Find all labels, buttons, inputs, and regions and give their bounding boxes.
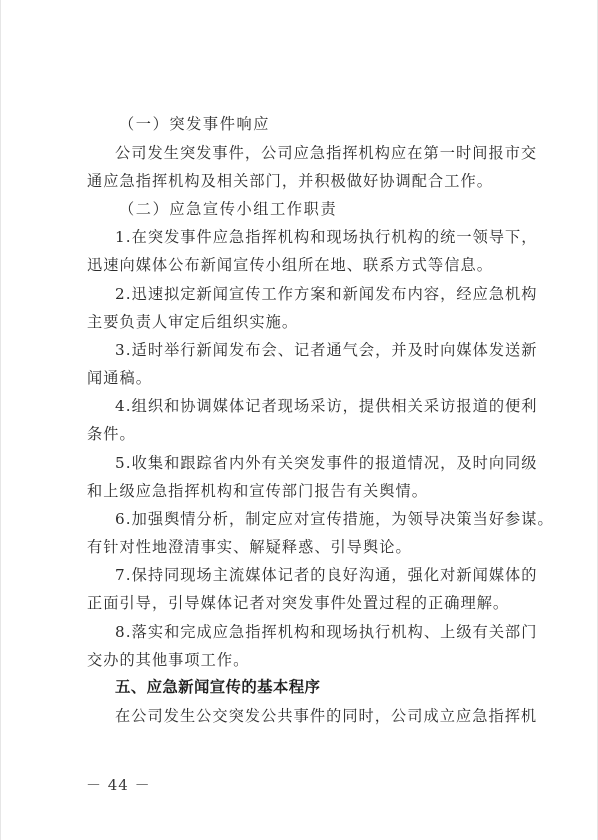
list-item-5-line: 5.收集和跟踪省内外有关突发事件的报道情况，及时向同级 bbox=[115, 453, 523, 473]
paragraph-line: 通应急指挥机构及相关部门，并积极做好协调配合工作。 bbox=[87, 171, 523, 191]
list-item-7-line: 正面引导，引导媒体记者对突发事件处置过程的正确理解。 bbox=[87, 593, 523, 613]
subsection-heading-publicity-duties: （二）应急宣传小组工作职责 bbox=[119, 199, 555, 219]
list-item-4-line: 4.组织和协调媒体记者现场采访，提供相关采访报道的便利 bbox=[115, 396, 523, 416]
list-item-6-line: 有针对性地澄清事实、解疑释惑、引导舆论。 bbox=[87, 537, 523, 557]
list-item-8-line: 交办的其他事项工作。 bbox=[87, 650, 523, 670]
list-item-7-line: 7.保持同现场主流媒体记者的良好沟通，强化对新闻媒体的 bbox=[115, 565, 523, 585]
section-heading-basic-procedure: 五、应急新闻宣传的基本程序 bbox=[115, 677, 523, 697]
paragraph-line: 公司发生突发事件，公司应急指挥机构应在第一时间报市交 bbox=[115, 143, 523, 163]
page-number: － 44 － bbox=[86, 775, 151, 795]
list-item-1-line: 迅速向媒体公布新闻宣传小组所在地、联系方式等信息。 bbox=[87, 255, 523, 275]
document-page: （一）突发事件响应 公司发生突发事件，公司应急指挥机构应在第一时间报市交 通应急… bbox=[0, 0, 598, 840]
list-item-3-line: 闻通稿。 bbox=[87, 368, 523, 388]
list-item-4-line: 条件。 bbox=[87, 424, 523, 444]
list-item-2-line: 主要负责人审定后组织实施。 bbox=[87, 312, 523, 332]
list-item-3-line: 3.适时举行新闻发布会、记者通气会，并及时向媒体发送新 bbox=[115, 340, 523, 360]
list-item-5-line: 和上级应急指挥机构和宣传部门报告有关舆情。 bbox=[87, 481, 523, 501]
list-item-2-line: 2.迅速拟定新闻宣传工作方案和新闻发布内容，经应急机构 bbox=[115, 284, 523, 304]
list-item-6-line: 6.加强舆情分析，制定应对宣传措施，为领导决策当好参谋。 bbox=[115, 509, 523, 529]
paragraph-line: 在公司发生公交突发公共事件的同时，公司成立应急指挥机 bbox=[115, 706, 523, 726]
list-item-8-line: 8.落实和完成应急指挥机构和现场执行机构、上级有关部门 bbox=[115, 622, 523, 642]
list-item-1-line: 1.在突发事件应急指挥机构和现场执行机构的统一领导下， bbox=[115, 227, 523, 247]
subsection-heading-emergency-response: （一）突发事件响应 bbox=[119, 114, 555, 134]
